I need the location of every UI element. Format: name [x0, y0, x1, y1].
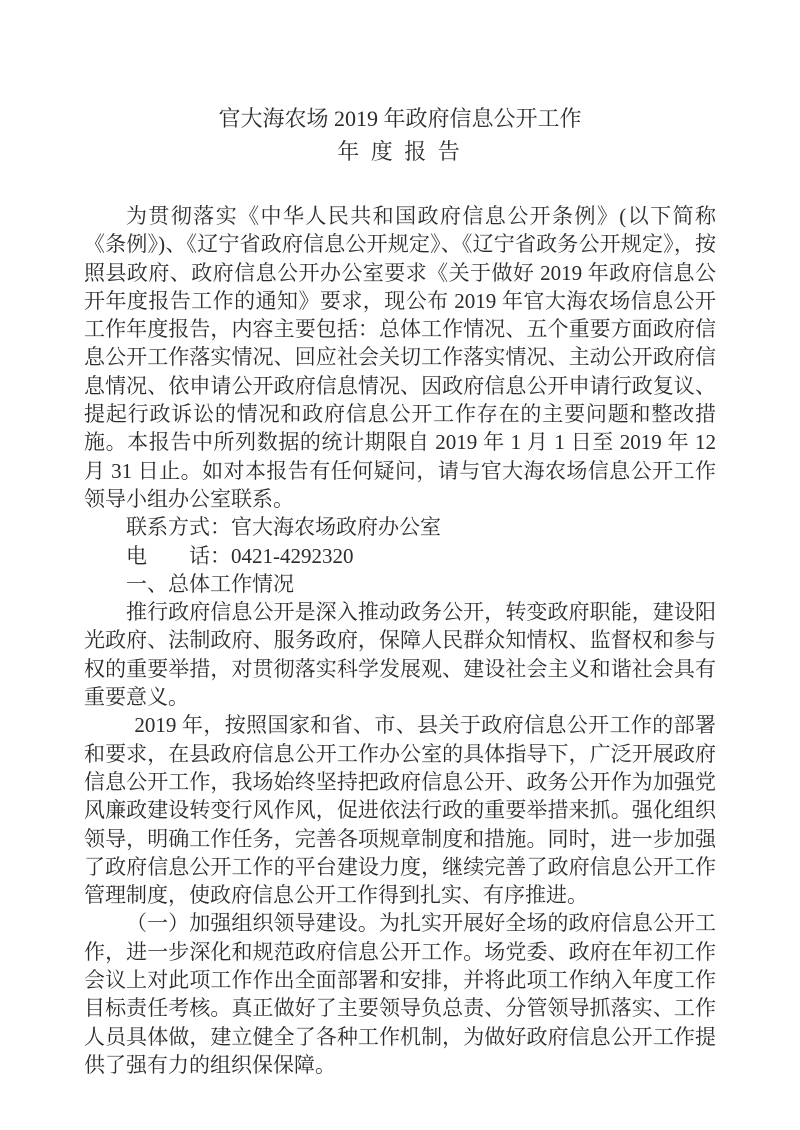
paragraph-significance: 推行政府信息公开是深入推动政务公开，转变政府职能，建设阳光政府、法制政府、服务政…: [84, 598, 716, 711]
document-title: 官大海农场 2019 年政府信息公开工作 年 度 报 告: [84, 102, 716, 168]
contact-method-line: 联系方式：官大海农场政府办公室: [84, 513, 716, 541]
document-body: 为贯彻落实《中华人民共和国政府信息公开条例》(以下简称《条例》)、《辽宁省政府信…: [84, 202, 716, 1079]
document-title-line1: 官大海农场 2019 年政府信息公开工作: [84, 102, 716, 135]
document-title-line2: 年 度 报 告: [84, 135, 716, 168]
section-heading-overall-work: 一、总体工作情况: [84, 570, 716, 598]
paragraph-org-leadership: （一）加强组织领导建设。为扎实开展好全场的政府信息公开工作，进一步深化和规范政府…: [84, 909, 716, 1079]
document-page: 官大海农场 2019 年政府信息公开工作 年 度 报 告 为贯彻落实《中华人民共…: [0, 0, 800, 1130]
paragraph-2019-overview: 2019 年，按照国家和省、市、县关于政府信息公开工作的部署和要求，在县政府信息…: [84, 711, 716, 909]
phone-line: 电 话：0421-4292320: [84, 542, 716, 570]
paragraph-intro: 为贯彻落实《中华人民共和国政府信息公开条例》(以下简称《条例》)、《辽宁省政府信…: [84, 202, 716, 513]
